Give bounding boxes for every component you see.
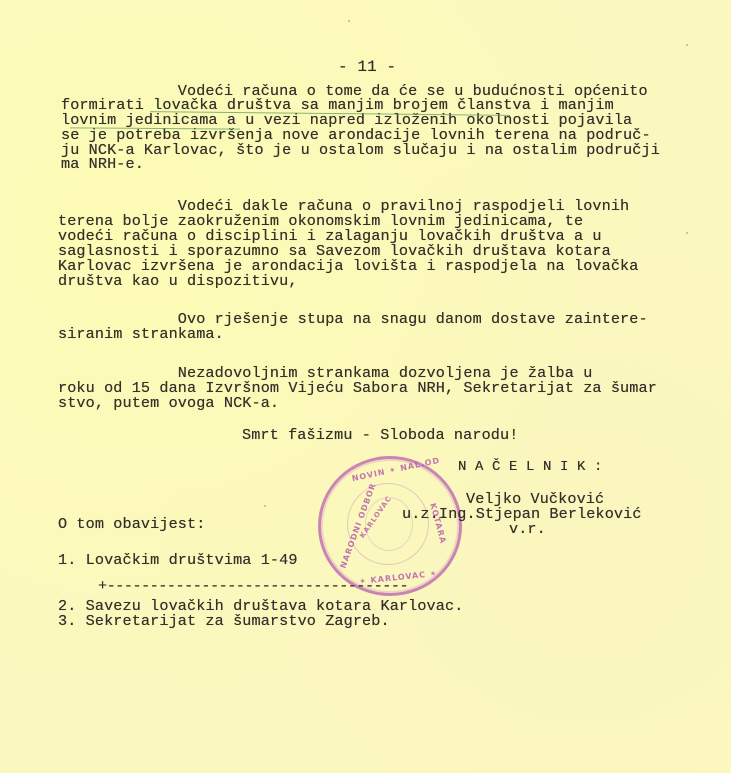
distribution-item-3: 3. Sekretarijat za šumarstvo Zagreb.: [58, 614, 390, 629]
paper-speck: [264, 505, 266, 507]
distribution-item-1: 1. Lovačkim društvima 1-49: [58, 553, 298, 568]
page-number: - 11 -: [338, 60, 396, 75]
paragraph-4-line-3: stvo, putem ovoga NCK-a.: [58, 396, 279, 411]
paragraph-1-line-6: ma NRH-e.: [61, 157, 144, 172]
paragraph-1-line-5: ju NCK-a Karlovac, što je u ostalom sluč…: [61, 143, 660, 158]
paragraph-2-line-6: društva kao u dispozitivu,: [58, 274, 298, 289]
distribution-separator: +-----------------------------------: [98, 579, 408, 594]
paragraph-3-line-2: siranim strankama.: [58, 327, 224, 342]
closing-slogan: Smrt fašizmu - Sloboda narodu!: [242, 428, 518, 443]
signatory-vr: v.r.: [509, 522, 546, 537]
paper-speck: [686, 44, 688, 46]
official-stamp: NOVIN ✶ NAL.OD ✶ KARLOVAC ✶ NARODNI ODBO…: [318, 456, 462, 596]
stamp-top-text: NOVIN ✶ NAL.OD: [351, 456, 441, 483]
paper-speck: [686, 232, 688, 234]
signatory-title: N A Č E L N I K :: [458, 460, 603, 475]
distribution-heading: O tom obavijest:: [58, 517, 205, 532]
paper-speck: [348, 20, 350, 22]
